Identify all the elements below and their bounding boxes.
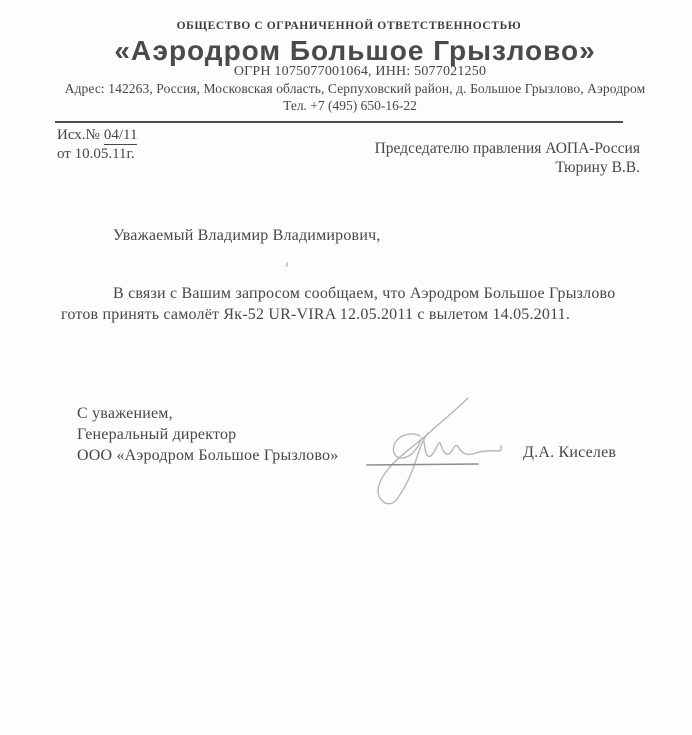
letter-page: ОБЩЕСТВО С ОГРАНИЧЕННОЙ ОТВЕТСТВЕННОСТЬЮ… [0,0,692,735]
addressee-block: Председателю правления АОПА-Россия Тюрин… [375,140,640,177]
body-paragraph-line-2: готов принять самолёт Як-52 UR-VIRA 12.0… [61,306,570,324]
addressee-line-2: Тюрину В.В. [375,159,640,178]
closing-regards: С уважением, [77,403,338,424]
company-name: «Аэродром Большое Грызлово» [9,35,692,67]
org-type-line: ОБЩЕСТВО С ОГРАНИЧЕННОЙ ОТВЕТСТВЕННОСТЬЮ [3,20,692,32]
closing-title-line-2: ООО «Аэродром Большое Грызлово» [77,445,338,466]
body-paragraph-line-1: В связи с Вашим запросом сообщаем, что А… [113,285,615,303]
org-phone-line: Тел. +7 (495) 650-16-22 [4,98,692,114]
signer-name: Д.А. Киселев [523,444,616,462]
outgoing-number-label: Исх.№ [57,127,100,143]
addressee-line-1: Председателю правления АОПА-Россия [375,140,640,159]
outgoing-date-line: от 10.05.11г. [57,146,135,163]
outgoing-number-line: Исх.№04/11 [57,127,137,144]
closing-title-line-1: Генеральный директор [77,424,338,445]
scan-speck [286,262,289,267]
org-address-line: Адрес: 142263, Россия, Московская област… [9,81,692,97]
salutation: Уважаемый Владимир Владимирович, [113,227,381,245]
handwritten-signature-icon [350,388,510,513]
closing-block: С уважением, Генеральный директор ООО «А… [77,403,338,466]
org-registration-line: ОГРН 1075077001064, ИНН: 5077021250 [14,64,692,80]
letterhead-divider [55,121,623,123]
outgoing-number-value: 04/11 [104,127,138,145]
